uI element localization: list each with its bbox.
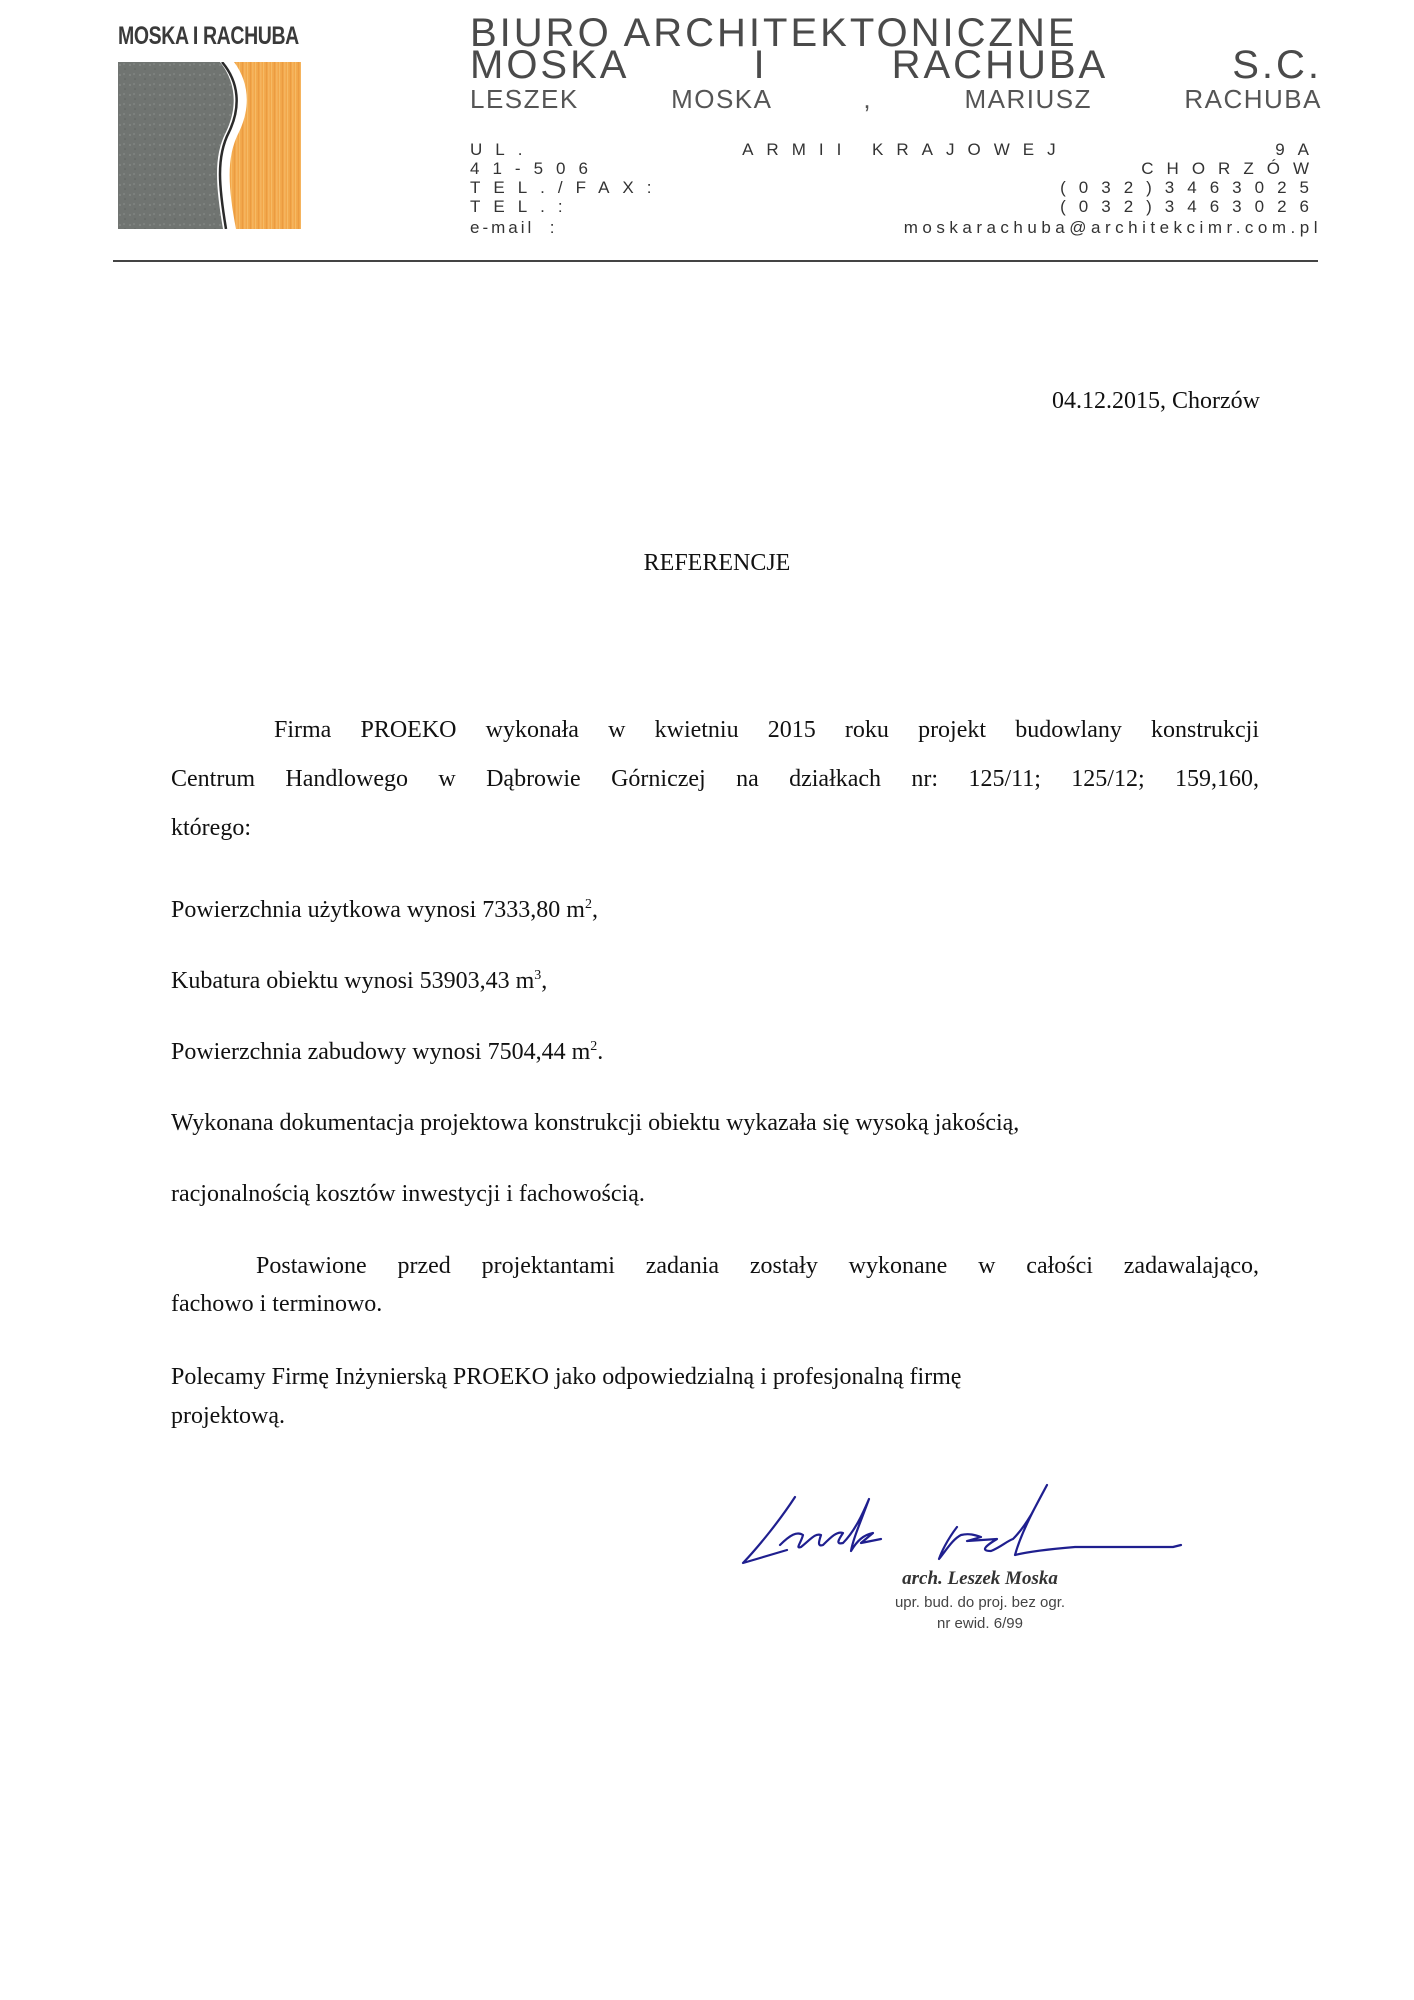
company-name-part: S.C. bbox=[1232, 46, 1322, 84]
letter-title: REFERENCJE bbox=[0, 550, 1414, 577]
fact-punct: . bbox=[597, 1039, 603, 1065]
fact-text: Kubatura obiektu wynosi 53903,43 m bbox=[171, 968, 534, 994]
company-name-part: RACHUBA bbox=[892, 46, 1109, 84]
tasks-line-2: fachowo i terminowo. bbox=[171, 1291, 1259, 1318]
fact-text: Powierzchnia użytkowa wynosi 7333,80 m bbox=[171, 897, 585, 923]
telfax-number: (032)3463025 bbox=[1060, 179, 1322, 197]
email-label: e-mail : bbox=[470, 219, 557, 237]
address-street-row: UL. ARMII KRAJOWEJ 9A bbox=[470, 141, 1322, 159]
city: CHORZÓW bbox=[1141, 160, 1322, 178]
fact-built-area: Powierzchnia zabudowy wynosi 7504,44 m2. bbox=[171, 1039, 1259, 1066]
tasks-line-1: Postawione przed projektantami zadania z… bbox=[171, 1253, 1259, 1280]
company-name-part: I bbox=[753, 46, 767, 84]
intro-line-2: Centrum Handlowego w Dąbrowie Górniczej … bbox=[171, 766, 1259, 793]
intro-line-3: którego: bbox=[171, 815, 1259, 842]
stamp-architect-name: arch. Leszek Moska bbox=[830, 1568, 1130, 1590]
telfax-label: TEL./FAX: bbox=[470, 179, 664, 197]
quality-line-2: racjonalnością kosztów inwestycji i fach… bbox=[171, 1181, 1259, 1208]
company-name-line2: MOSKA I RACHUBA S.C. bbox=[470, 46, 1322, 84]
postal-code: 41-506 bbox=[470, 160, 601, 178]
company-logo-text: MOSKA I RACHUBA bbox=[118, 22, 299, 51]
intro-line-1: Firma PROEKO wykonała w kwietniu 2015 ro… bbox=[171, 717, 1259, 744]
recommend-line-2: projektową. bbox=[171, 1403, 1259, 1430]
street-label: UL. bbox=[470, 141, 535, 159]
address-tel-row: TEL.: (032)3463026 bbox=[470, 198, 1322, 216]
fact-punct: , bbox=[541, 968, 547, 994]
company-name-part: MOSKA bbox=[470, 46, 629, 84]
header-divider bbox=[113, 260, 1318, 262]
street-number: 9A bbox=[1275, 141, 1322, 159]
stamp-registration: nr ewid. 6/99 bbox=[830, 1615, 1130, 1632]
email-address[interactable]: moskarachuba@architekcimr.com.pl bbox=[904, 219, 1322, 237]
logo-stone-wood-icon bbox=[118, 62, 301, 229]
handwritten-signature bbox=[735, 1465, 1185, 1575]
tel-label: TEL.: bbox=[470, 198, 576, 216]
fact-punct: , bbox=[592, 897, 598, 923]
recommend-line-1: Polecamy Firmę Inżynierską PROEKO jako o… bbox=[171, 1364, 1259, 1391]
address-email-row: e-mail : moskarachuba@architekcimr.com.p… bbox=[470, 219, 1322, 237]
street-name: ARMII KRAJOWEJ bbox=[742, 141, 1069, 159]
company-logo-image bbox=[118, 62, 301, 229]
letter-date-place: 04.12.2015, Chorzów bbox=[1052, 388, 1260, 415]
fact-unit-exponent: 2 bbox=[585, 897, 592, 912]
address-telfax-row: TEL./FAX: (032)3463025 bbox=[470, 179, 1322, 197]
company-partners: LESZEK MOSKA , MARIUSZ RACHUBA bbox=[470, 84, 1322, 115]
address-city-row: 41-506 CHORZÓW bbox=[470, 160, 1322, 178]
fact-usable-area: Powierzchnia użytkowa wynosi 7333,80 m2, bbox=[171, 897, 1259, 924]
fact-text: Powierzchnia zabudowy wynosi 7504,44 m bbox=[171, 1039, 590, 1065]
fact-volume: Kubatura obiektu wynosi 53903,43 m3, bbox=[171, 968, 1259, 995]
tel-number: (032)3463026 bbox=[1060, 198, 1322, 216]
quality-line-1: Wykonana dokumentacja projektowa konstru… bbox=[171, 1110, 1259, 1137]
stamp-license: upr. bud. do proj. bez ogr. bbox=[830, 1594, 1130, 1611]
